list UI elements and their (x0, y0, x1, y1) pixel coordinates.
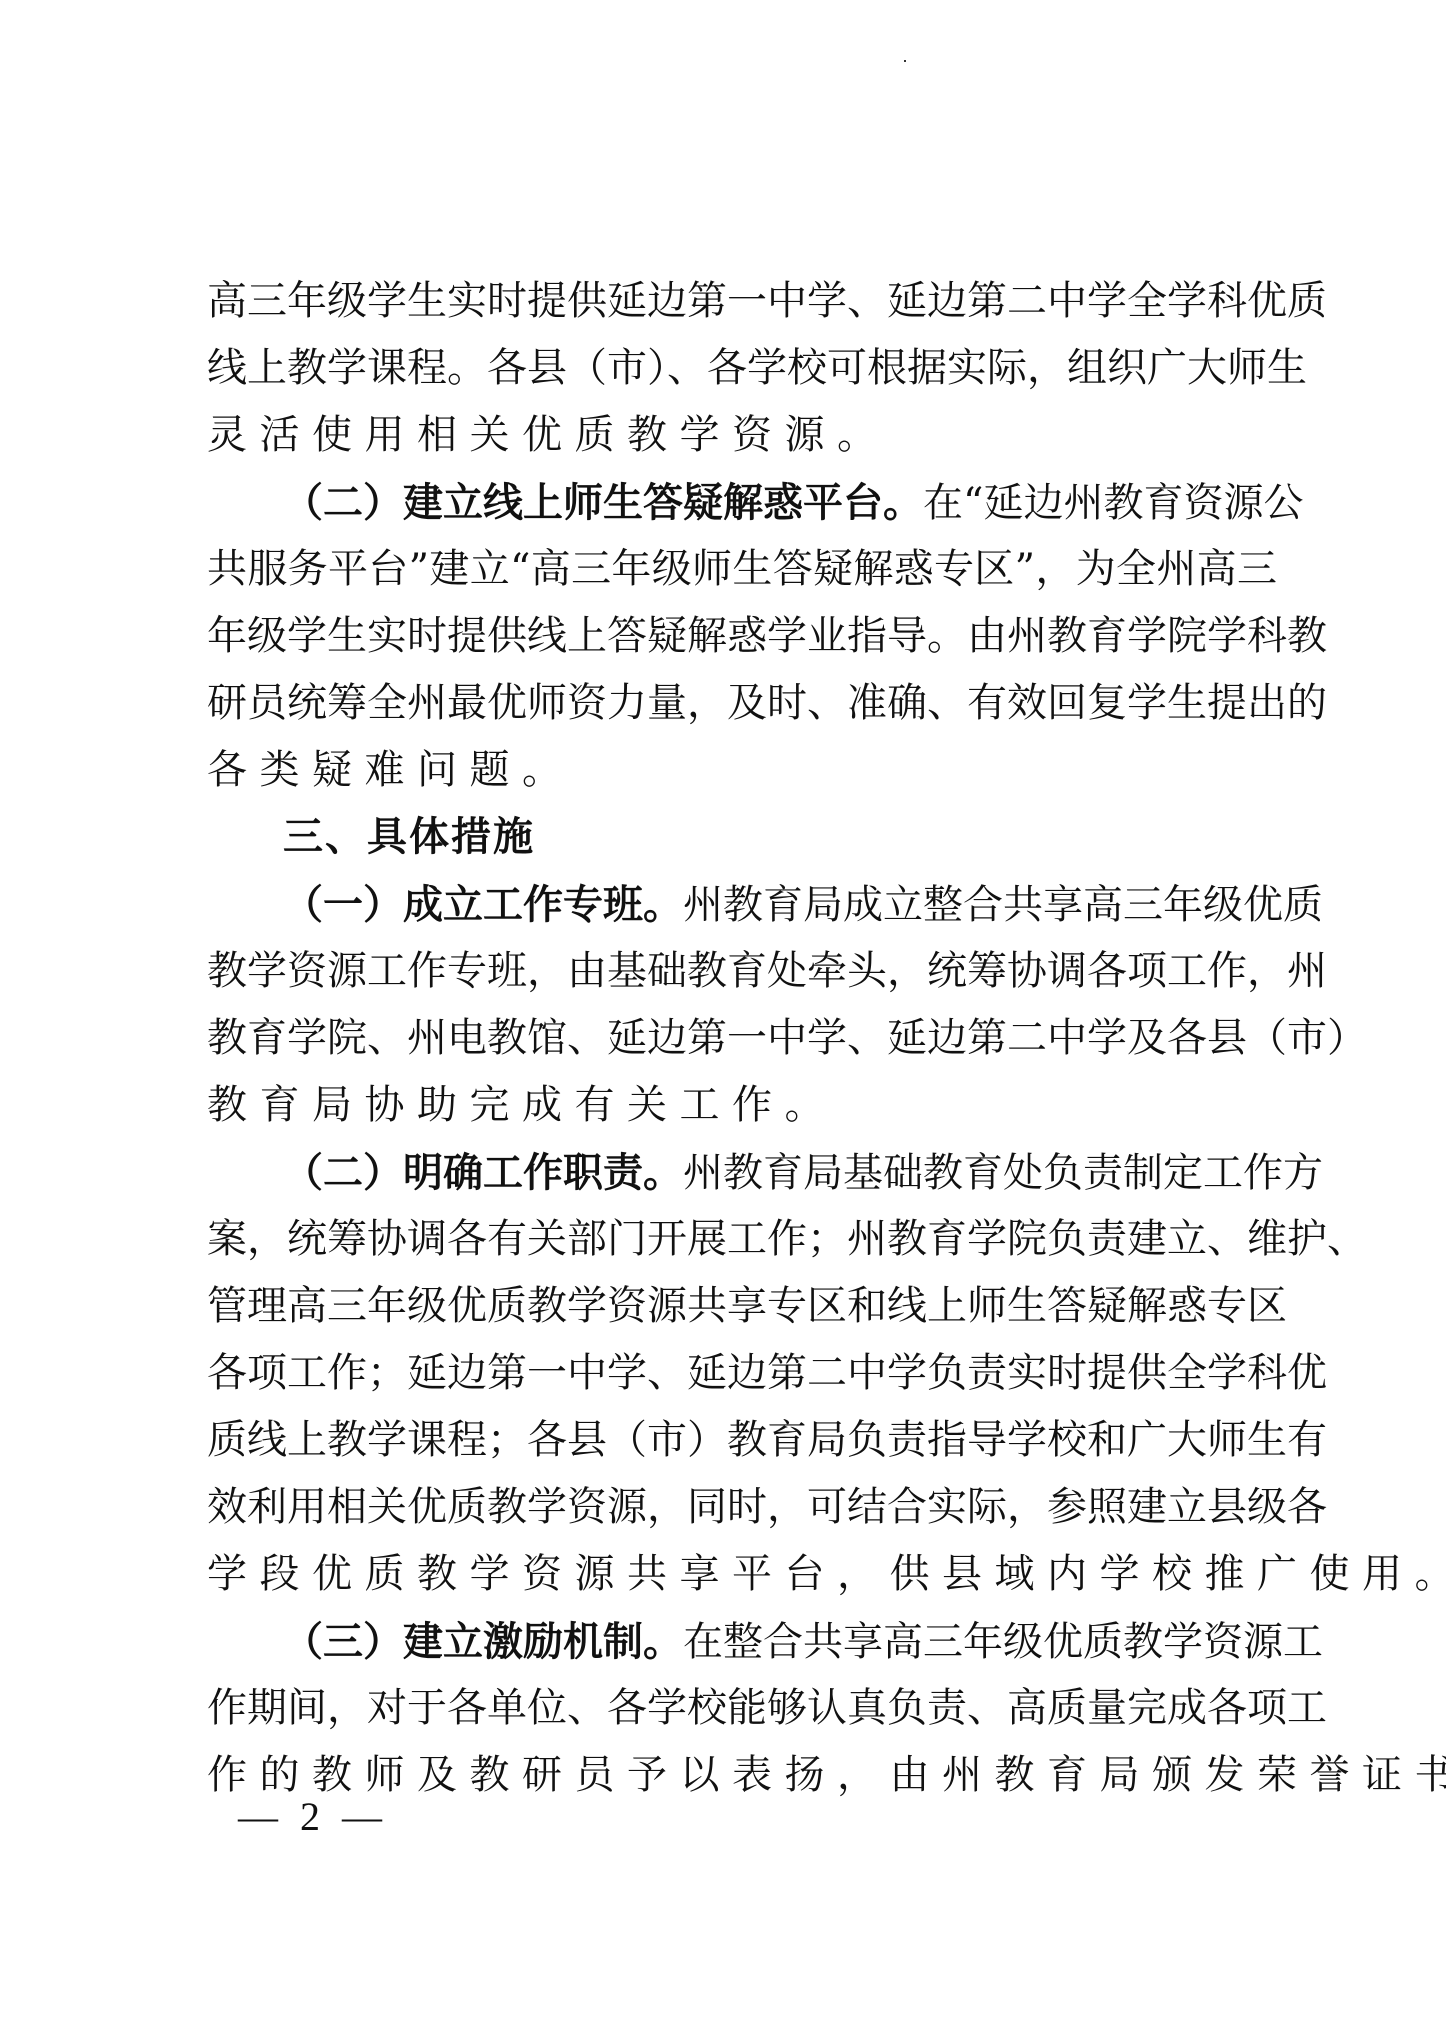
subsection-title: （二）明确工作职责。 (283, 1149, 683, 1196)
body-text-span: 在“延边州教育资源公 (923, 480, 1303, 526)
body-line: 作期间，对于各单位、各学校能够认真负责、高质量完成各项工 (207, 1675, 1277, 1742)
subsection-start-line: （三）建立激励机制。在整合共享高三年级优质教学资源工 (207, 1608, 1277, 1675)
page-number: — 2 — (238, 1792, 388, 1842)
subsection-title: （一）成立工作专班。 (283, 881, 683, 928)
body-line: 各类疑难问题。 (207, 737, 1277, 804)
section-heading: 三、具体措施 (207, 804, 1277, 871)
body-line: 线上教学课程。各县（市）、各学校可根据实际，组织广大师生 (207, 335, 1277, 402)
body-line: 教学资源工作专班，由基础教育处牵头，统筹协调各项工作，州 (207, 938, 1277, 1005)
body-line: 各项工作；延边第一中学、延边第二中学负责实时提供全学科优 (207, 1340, 1277, 1407)
body-line: 效利用相关优质教学资源，同时，可结合实际，参照建立县级各 (207, 1474, 1277, 1541)
body-line: 高三年级学生实时提供延边第一中学、延边第二中学全学科优质 (207, 268, 1277, 335)
body-line: 学段优质教学资源共享平台，供县域内学校推广使用。 (207, 1541, 1277, 1608)
scan-artifact-dot (904, 60, 906, 62)
subsection-start-line: （一）成立工作专班。州教育局成立整合共享高三年级优质 (207, 871, 1277, 938)
subsection-start-line: （二）明确工作职责。州教育局基础教育处负责制定工作方 (207, 1139, 1277, 1206)
body-line: 案，统筹协调各有关部门开展工作；州教育学院负责建立、维护、 (207, 1206, 1277, 1273)
body-line: 研员统筹全州最优师资力量，及时、准确、有效回复学生提出的 (207, 670, 1277, 737)
subsection-start-line: （二）建立线上师生答疑解惑平台。在“延边州教育资源公 (207, 469, 1277, 536)
body-text-span: 在整合共享高三年级优质教学资源工 (683, 1619, 1323, 1665)
body-line: 共服务平台”建立“高三年级师生答疑解惑专区”，为全州高三 (207, 536, 1277, 603)
body-text-span: 州教育局成立整合共享高三年级优质 (683, 882, 1323, 928)
body-line: 灵活使用相关优质教学资源。 (207, 402, 1277, 469)
subsection-title: （三）建立激励机制。 (283, 1618, 683, 1665)
document-body: 高三年级学生实时提供延边第一中学、延边第二中学全学科优质 线上教学课程。各县（市… (207, 268, 1277, 1809)
body-line: 教育学院、州电教馆、延边第一中学、延边第二中学及各县（市） (207, 1005, 1277, 1072)
body-line: 年级学生实时提供线上答疑解惑学业指导。由州教育学院学科教 (207, 603, 1277, 670)
body-line: 质线上教学课程；各县（市）教育局负责指导学校和广大师生有 (207, 1407, 1277, 1474)
body-line: 教育局协助完成有关工作。 (207, 1072, 1277, 1139)
subsection-title: （二）建立线上师生答疑解惑平台。 (283, 479, 923, 526)
body-text-span: 州教育局基础教育处负责制定工作方 (683, 1150, 1323, 1196)
document-page: 高三年级学生实时提供延边第一中学、延边第二中学全学科优质 线上教学课程。各县（市… (0, 0, 1446, 2044)
body-line: 管理高三年级优质教学资源共享专区和线上师生答疑解惑专区 (207, 1273, 1277, 1340)
